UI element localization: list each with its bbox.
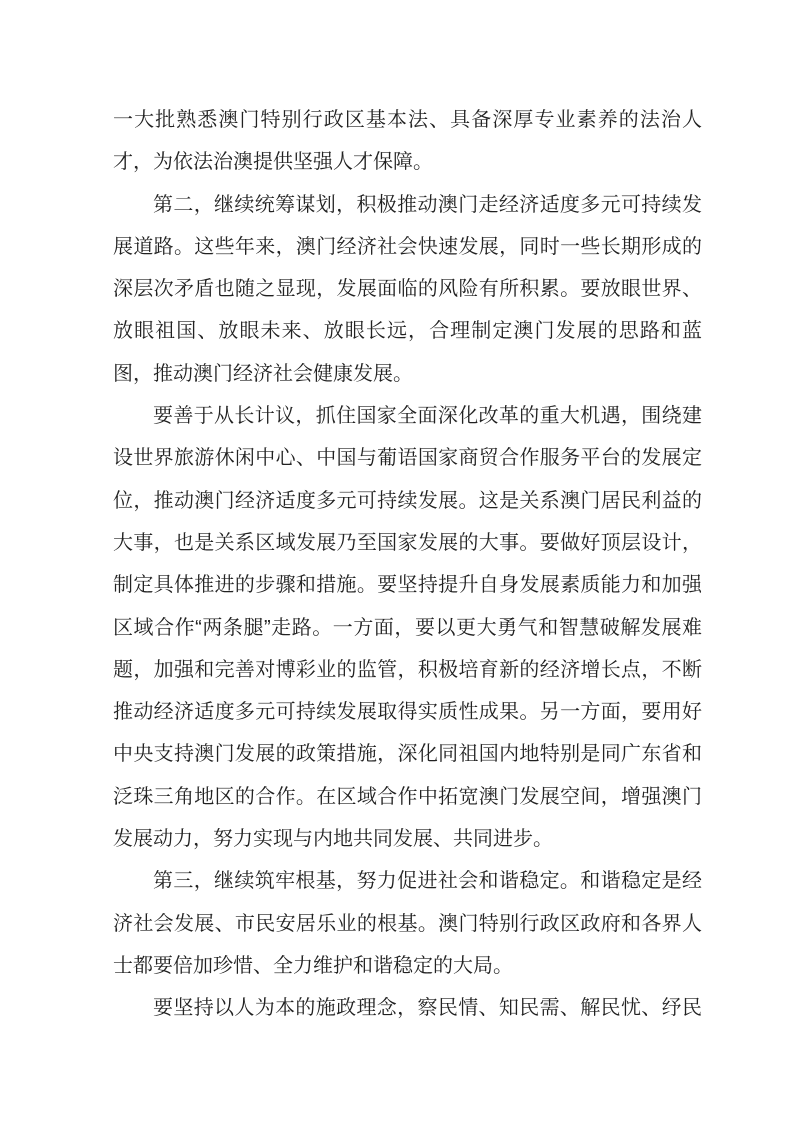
text-block: 一大批熟悉澳门特别行政区基本法、具备深厚专业素养的法治人 才，为依法治澳提供坚强… bbox=[113, 99, 702, 1030]
text-line: 泛珠三角地区的合作。在区域合作中拓宽澳门发展空间，增强澳门 bbox=[113, 776, 702, 818]
text-line: 大事，也是关系区域发展乃至国家发展的大事。要做好顶层设计， bbox=[113, 522, 702, 564]
text-line: 放眼祖国、放眼未来、放眼长远，合理制定澳门发展的思路和蓝 bbox=[113, 310, 702, 352]
text-line: 中央支持澳门发展的政策措施，深化同祖国内地特别是同广东省和 bbox=[113, 733, 702, 775]
text-line: 一大批熟悉澳门特别行政区基本法、具备深厚专业素养的法治人 bbox=[113, 99, 702, 141]
text-line: 图，推动澳门经济社会健康发展。 bbox=[113, 353, 702, 395]
text-line: 深层次矛盾也随之显现，发展面临的风险有所积累。要放眼世界、 bbox=[113, 268, 702, 310]
text-line: 第二，继续统筹谋划，积极推动澳门走经济适度多元可持续发 bbox=[113, 184, 702, 226]
text-line: 位，推动澳门经济适度多元可持续发展。这是关系澳门居民利益的 bbox=[113, 480, 702, 522]
text-line: 第三，继续筑牢根基，努力促进社会和谐稳定。和谐稳定是经 bbox=[113, 860, 702, 902]
text-line: 济社会发展、市民安居乐业的根基。澳门特别行政区政府和各界人 bbox=[113, 903, 702, 945]
text-line: 要坚持以人为本的施政理念，察民情、知民需、解民忧、纾民 bbox=[113, 987, 702, 1029]
text-line: 发展动力，努力实现与内地共同发展、共同进步。 bbox=[113, 818, 702, 860]
text-line: 设世界旅游休闲中心、中国与葡语国家商贸合作服务平台的发展定 bbox=[113, 437, 702, 479]
document-page: 一大批熟悉澳门特别行政区基本法、具备深厚专业素养的法治人 才，为依法治澳提供坚强… bbox=[0, 0, 800, 1130]
text-line: 题，加强和完善对博彩业的监管，积极培育新的经济增长点，不断 bbox=[113, 649, 702, 691]
text-line: 士都要倍加珍惜、全力维护和谐稳定的大局。 bbox=[113, 945, 702, 987]
text-line: 推动经济适度多元可持续发展取得实质性成果。另一方面，要用好 bbox=[113, 691, 702, 733]
text-line: 才，为依法治澳提供坚强人才保障。 bbox=[113, 141, 702, 183]
text-line: 要善于从长计议，抓住国家全面深化改革的重大机遇，围绕建 bbox=[113, 395, 702, 437]
text-line: 区域合作“两条腿”走路。一方面，要以更大勇气和智慧破解发展难 bbox=[113, 607, 702, 649]
text-line: 展道路。这些年来，澳门经济社会快速发展，同时一些长期形成的 bbox=[113, 226, 702, 268]
text-line: 制定具体推进的步骤和措施。要坚持提升自身发展素质能力和加强 bbox=[113, 564, 702, 606]
